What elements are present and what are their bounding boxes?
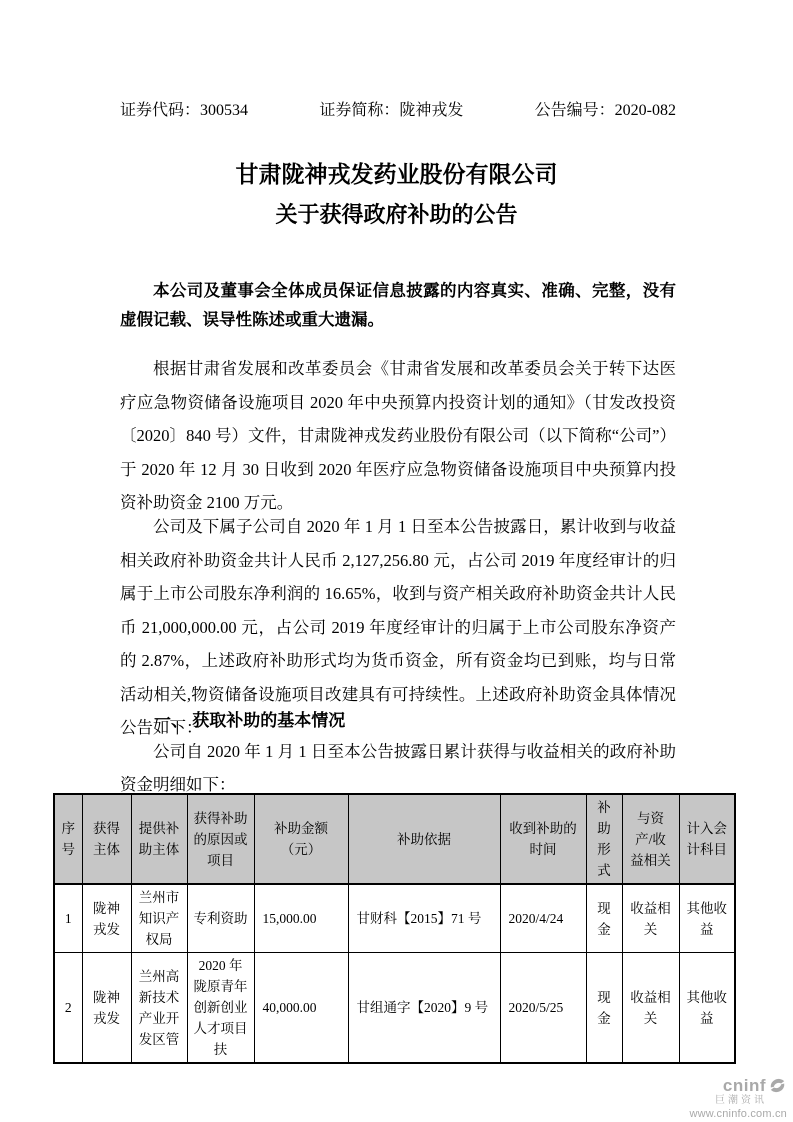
table-cell: 陇神戎发	[82, 884, 131, 953]
column-header-amount: 补助金额（元）	[254, 794, 348, 884]
table-cell: 其他收益	[679, 884, 735, 953]
table-cell: 2	[54, 953, 82, 1064]
table-cell: 专利资助	[187, 884, 254, 953]
column-header-date: 收到补助的时间	[500, 794, 586, 884]
subsidy-table: 序号 获得主体 提供补助主体 获得补助的原因或项目 补助金额（元） 补助依据 收…	[53, 793, 736, 1064]
table-cell: 收益相关	[622, 953, 679, 1064]
page-subtitle: 关于获得政府补助的公告	[0, 201, 793, 229]
body-paragraph-1: 根据甘肃省发展和改革委员会《甘肃省发展和改革委员会关于转下达医疗应急物资储备设施…	[120, 352, 676, 520]
cninfo-swirl-icon	[768, 1076, 787, 1095]
doc-header: 证券代码：300534 证券简称：陇神戎发 公告编号：2020-082	[120, 100, 676, 122]
table-cell: 陇神戎发	[82, 953, 131, 1064]
table-cell: 甘财科【2015】71 号	[348, 884, 500, 953]
table-cell: 2020 年陇原青年创新创业人才项目扶	[187, 953, 254, 1064]
table-cell: 2020/5/25	[500, 953, 586, 1064]
table-row: 1 陇神戎发 兰州市知识产权局 专利资助 15,000.00 甘财科【2015】…	[54, 884, 735, 953]
section-heading: 一、 获取补助的基本情况	[120, 708, 676, 734]
table-row: 2 陇神戎发 兰州高新技术产业开发区管 2020 年陇原青年创新创业人才项目扶 …	[54, 953, 735, 1064]
cninfo-logo: cninf 巨潮资讯 www.cninfo.com.cn	[689, 1076, 787, 1120]
column-header-provider: 提供补助主体	[131, 794, 187, 884]
cninfo-brand-text: cninf	[723, 1077, 766, 1095]
table-cell: 其他收益	[679, 953, 735, 1064]
column-header-index: 序号	[54, 794, 82, 884]
table-cell: 40,000.00	[254, 953, 348, 1064]
column-header-account: 计入会计科目	[679, 794, 735, 884]
column-header-recipient: 获得主体	[82, 794, 131, 884]
table-cell: 收益相关	[622, 884, 679, 953]
column-header-related: 与资产/收益相关	[622, 794, 679, 884]
table-header-row: 序号 获得主体 提供补助主体 获得补助的原因或项目 补助金额（元） 补助依据 收…	[54, 794, 735, 884]
table-cell: 15,000.00	[254, 884, 348, 953]
table-cell: 兰州市知识产权局	[131, 884, 187, 953]
table-cell: 现金	[586, 884, 622, 953]
column-header-basis: 补助依据	[348, 794, 500, 884]
table-cell: 兰州高新技术产业开发区管	[131, 953, 187, 1064]
section-intro: 公司自 2020 年 1 月 1 日至本公告披露日累计获得与收益相关的政府补助资…	[120, 735, 676, 801]
announcement-number: 公告编号：2020-082	[535, 100, 676, 122]
stock-code: 证券代码：300534	[120, 100, 248, 122]
table-cell: 2020/4/24	[500, 884, 586, 953]
disclaimer-text: 本公司及董事会全体成员保证信息披露的内容真实、准确、完整，没有虚假记载、误导性陈…	[120, 276, 676, 334]
cninfo-chinese-name: 巨潮资讯	[689, 1096, 767, 1107]
table-cell: 1	[54, 884, 82, 953]
table-cell: 甘组通字【2020】9 号	[348, 953, 500, 1064]
table-cell: 现金	[586, 953, 622, 1064]
column-header-reason: 获得补助的原因或项目	[187, 794, 254, 884]
column-header-form: 补助形式	[586, 794, 622, 884]
stock-name: 证券简称：陇神戎发	[319, 100, 463, 122]
document-page: 证券代码：300534 证券简称：陇神戎发 公告编号：2020-082 甘肃陇神…	[0, 0, 793, 1122]
page-title: 甘肃陇神戎发药业股份有限公司	[0, 161, 793, 189]
cninfo-url: www.cninfo.com.cn	[689, 1109, 787, 1121]
